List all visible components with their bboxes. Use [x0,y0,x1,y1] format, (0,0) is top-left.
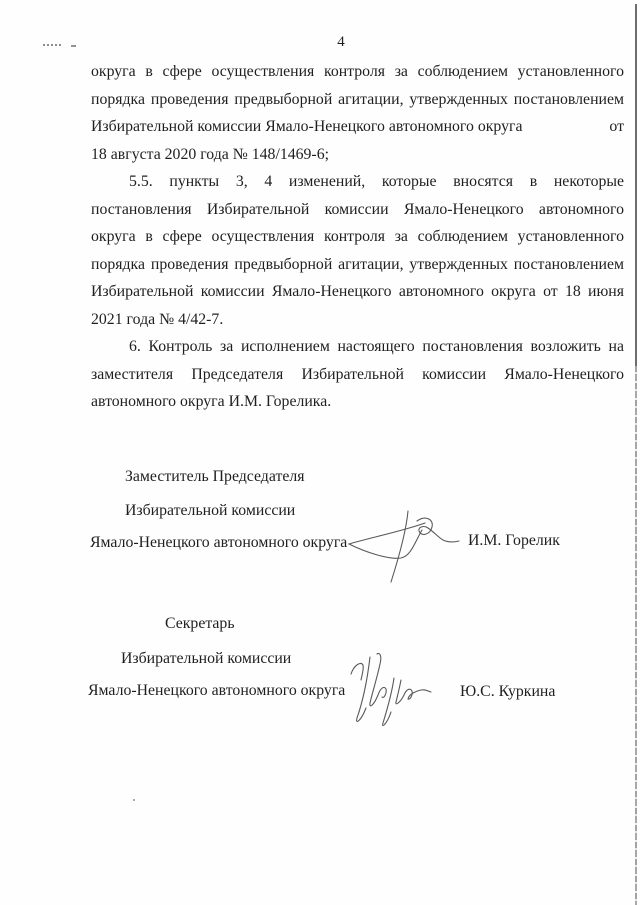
signatory-title-commission: Избирательной комиссии [121,648,291,670]
body-line: Избирательной комиссии Ямало-Ненецкого а… [91,113,624,141]
body-line: 18 августа 2020 года № 148/1469-6; [91,141,624,169]
body-line: автономного округа И.М. Горелика. [91,388,624,416]
scanned-document-page: 4 округа в сфере осуществления контроля … [0,0,640,905]
body-line: 6. Контроль за исполнением настоящего по… [91,333,624,361]
body-line: Избирательной комиссии Ямало-Ненецкого а… [91,278,624,306]
scan-border-edge-light [635,366,637,905]
body-line: округа в сфере осуществления контроля за… [91,223,624,251]
page-number: 4 [91,34,591,51]
signatory-title-commission: Избирательной комиссии [125,500,295,522]
body-line: постановления Избирательной комиссии Яма… [91,196,624,224]
body-line: порядка проведения предвыборной агитации… [91,251,624,279]
document-body: округа в сфере осуществления контроля за… [91,58,624,416]
handwritten-signature-icon [347,650,437,730]
signatory-title-deputy-chairman: Заместитель Председателя [125,466,305,488]
scan-artifact-speck [133,799,135,801]
scan-artifact-dotted-mark [43,44,63,46]
scan-artifact-dash [71,45,76,47]
body-line: порядка проведения предвыборной агитации… [91,86,624,114]
signatory-name-gorelik: И.М. Горелик [468,530,560,552]
body-line: 5.5. пункты 3, 4 изменений, которые внос… [91,168,624,196]
signatory-title-okrug: Ямало-Ненецкого автономного округа [90,532,347,554]
signatory-title-okrug: Ямало-Ненецкого автономного округа [88,680,345,702]
handwritten-signature-icon [345,508,463,586]
scan-border-edge-dark [635,4,637,366]
body-line: 2021 года № 4/42-7. [91,306,624,334]
body-line: округа в сфере осуществления контроля за… [91,58,624,86]
signatory-name-kurkina: Ю.С. Куркина [460,681,555,703]
body-line: заместителя Председателя Избирательной к… [91,361,624,389]
signatory-title-secretary: Секретарь [165,613,235,635]
